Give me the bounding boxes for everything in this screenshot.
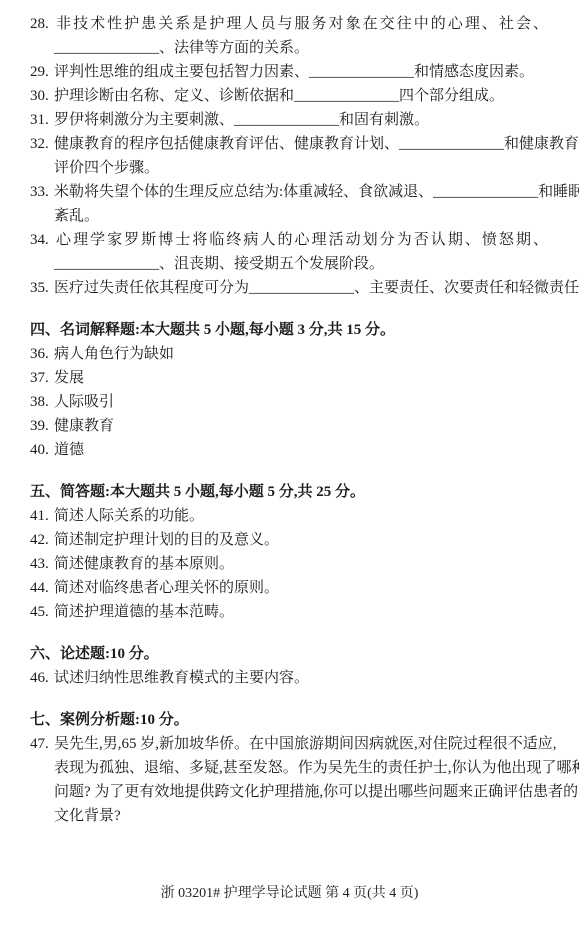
question-28-line-2: ______________、法律等方面的关系。 xyxy=(30,36,548,60)
section-4-title: 四、名词解释题:本大题共 5 小题,每小题 3 分,共 15 分。 xyxy=(30,318,548,342)
question-28-text-cont: ______________、法律等方面的关系。 xyxy=(54,40,309,56)
question-40-text: 道德 xyxy=(54,442,84,458)
question-37-text: 发展 xyxy=(54,370,84,386)
question-46-number: 46. xyxy=(30,666,54,690)
question-41-text: 简述人际关系的功能。 xyxy=(54,508,204,524)
question-45: 45.简述护理道德的基本范畴。 xyxy=(30,600,548,624)
exam-content: 28.非技术性护患关系是护理人员与服务对象在交往中的心理、社会、 _______… xyxy=(30,12,548,828)
question-47-text: 吴先生,男,65 岁,新加坡华侨。在中国旅游期间因病就医,对住院过程很不适应, xyxy=(54,736,557,752)
question-44: 44.简述对临终患者心理关怀的原则。 xyxy=(30,576,548,600)
question-38-number: 38. xyxy=(30,390,54,414)
question-33-text-cont: 紊乱。 xyxy=(54,208,99,224)
question-31-text: 罗伊将刺激分为主要刺激、______________和固有刺激。 xyxy=(54,112,429,128)
question-32-text-cont: 评价四个步骤。 xyxy=(54,160,159,176)
question-28-number: 28. xyxy=(30,12,54,36)
question-46-text: 试述归纳性思维教育模式的主要内容。 xyxy=(54,670,309,686)
question-42: 42.简述制定护理计划的目的及意义。 xyxy=(30,528,548,552)
section-gap xyxy=(30,690,548,708)
question-41-number: 41. xyxy=(30,504,54,528)
question-40-number: 40. xyxy=(30,438,54,462)
question-35-line-1: 35.医疗过失责任依其程度可分为______________、主要责任、次要责任… xyxy=(30,276,548,300)
question-35-text: 医疗过失责任依其程度可分为______________、主要责任、次要责任和轻微… xyxy=(54,280,579,296)
question-32-number: 32. xyxy=(30,132,54,156)
question-30-line-1: 30.护理诊断由名称、定义、诊断依据和______________四个部分组成。 xyxy=(30,84,548,108)
section-6-title: 六、论述题:10 分。 xyxy=(30,642,548,666)
question-33-line-1: 33.米勒将失望个体的生理反应总结为:体重减轻、食欲减退、___________… xyxy=(30,180,548,204)
question-42-text: 简述制定护理计划的目的及意义。 xyxy=(54,532,279,548)
question-36-number: 36. xyxy=(30,342,54,366)
question-47-number: 47. xyxy=(30,732,54,756)
question-39: 39.健康教育 xyxy=(30,414,548,438)
question-30-number: 30. xyxy=(30,84,54,108)
section-7-title: 七、案例分析题:10 分。 xyxy=(30,708,548,732)
question-32-text: 健康教育的程序包括健康教育评估、健康教育计划、______________和健康… xyxy=(54,136,579,152)
question-45-number: 45. xyxy=(30,600,54,624)
exam-page: 28.非技术性护患关系是护理人员与服务对象在交往中的心理、社会、 _______… xyxy=(0,0,579,929)
question-38-text: 人际吸引 xyxy=(54,394,114,410)
question-40: 40.道德 xyxy=(30,438,548,462)
question-43: 43.简述健康教育的基本原则。 xyxy=(30,552,548,576)
question-33-text: 米勒将失望个体的生理反应总结为:体重减轻、食欲减退、______________… xyxy=(54,184,579,200)
question-44-number: 44. xyxy=(30,576,54,600)
question-38: 38.人际吸引 xyxy=(30,390,548,414)
question-29-text: 评判性思维的组成主要包括智力因素、______________和情感态度因素。 xyxy=(54,64,534,80)
question-36: 36.病人角色行为缺如 xyxy=(30,342,548,366)
question-41: 41.简述人际关系的功能。 xyxy=(30,504,548,528)
question-30-text: 护理诊断由名称、定义、诊断依据和______________四个部分组成。 xyxy=(54,88,504,104)
section-gap xyxy=(30,300,548,318)
question-37: 37.发展 xyxy=(30,366,548,390)
question-46: 46.试述归纳性思维教育模式的主要内容。 xyxy=(30,666,548,690)
question-45-text: 简述护理道德的基本范畴。 xyxy=(54,604,234,620)
question-43-text: 简述健康教育的基本原则。 xyxy=(54,556,234,572)
question-43-number: 43. xyxy=(30,552,54,576)
section-gap xyxy=(30,624,548,642)
question-33-line-2: 紊乱。 xyxy=(30,204,548,228)
question-47-text-cont: 问题? 为了更有效地提供跨文化护理措施,你可以提出哪些问题来正确评估患者的 xyxy=(54,784,578,800)
question-34-text-cont: ______________、沮丧期、接受期五个发展阶段。 xyxy=(54,256,384,272)
section-gap xyxy=(30,462,548,480)
question-31-number: 31. xyxy=(30,108,54,132)
question-35-number: 35. xyxy=(30,276,54,300)
question-44-text: 简述对临终患者心理关怀的原则。 xyxy=(54,580,279,596)
question-47-text-cont: 表现为孤独、退缩、多疑,甚至发怒。作为吴先生的责任护士,你认为他出现了哪种 xyxy=(54,760,579,776)
question-34-text: 心理学家罗斯博士将临终病人的心理活动划分为否认期、愤怒期、 xyxy=(54,232,548,248)
question-29-line-1: 29.评判性思维的组成主要包括智力因素、______________和情感态度因… xyxy=(30,60,548,84)
question-31-line-1: 31.罗伊将刺激分为主要刺激、______________和固有刺激。 xyxy=(30,108,548,132)
question-28-line-1: 28.非技术性护患关系是护理人员与服务对象在交往中的心理、社会、 xyxy=(30,12,548,36)
question-42-number: 42. xyxy=(30,528,54,552)
question-36-text: 病人角色行为缺如 xyxy=(54,346,174,362)
question-34-number: 34. xyxy=(30,228,54,252)
question-47-text-cont: 文化背景? xyxy=(54,808,121,824)
question-29-number: 29. xyxy=(30,60,54,84)
question-33-number: 33. xyxy=(30,180,54,204)
question-47-line-1: 47.吴先生,男,65 岁,新加坡华侨。在中国旅游期间因病就医,对住院过程很不适… xyxy=(30,732,548,756)
question-39-text: 健康教育 xyxy=(54,418,114,434)
question-47-line-3: 问题? 为了更有效地提供跨文化护理措施,你可以提出哪些问题来正确评估患者的 xyxy=(30,780,548,804)
question-34-line-2: ______________、沮丧期、接受期五个发展阶段。 xyxy=(30,252,548,276)
question-32-line-1: 32.健康教育的程序包括健康教育评估、健康教育计划、______________… xyxy=(30,132,548,156)
page-footer: 浙 03201# 护理学导论试题 第 4 页(共 4 页) xyxy=(0,882,579,902)
question-34-line-1: 34.心理学家罗斯博士将临终病人的心理活动划分为否认期、愤怒期、 xyxy=(30,228,548,252)
question-39-number: 39. xyxy=(30,414,54,438)
question-32-line-2: 评价四个步骤。 xyxy=(30,156,548,180)
section-5-title: 五、简答题:本大题共 5 小题,每小题 5 分,共 25 分。 xyxy=(30,480,548,504)
question-47-line-4: 文化背景? xyxy=(30,804,548,828)
question-28-text: 非技术性护患关系是护理人员与服务对象在交往中的心理、社会、 xyxy=(54,16,548,32)
question-37-number: 37. xyxy=(30,366,54,390)
question-47-line-2: 表现为孤独、退缩、多疑,甚至发怒。作为吴先生的责任护士,你认为他出现了哪种 xyxy=(30,756,548,780)
